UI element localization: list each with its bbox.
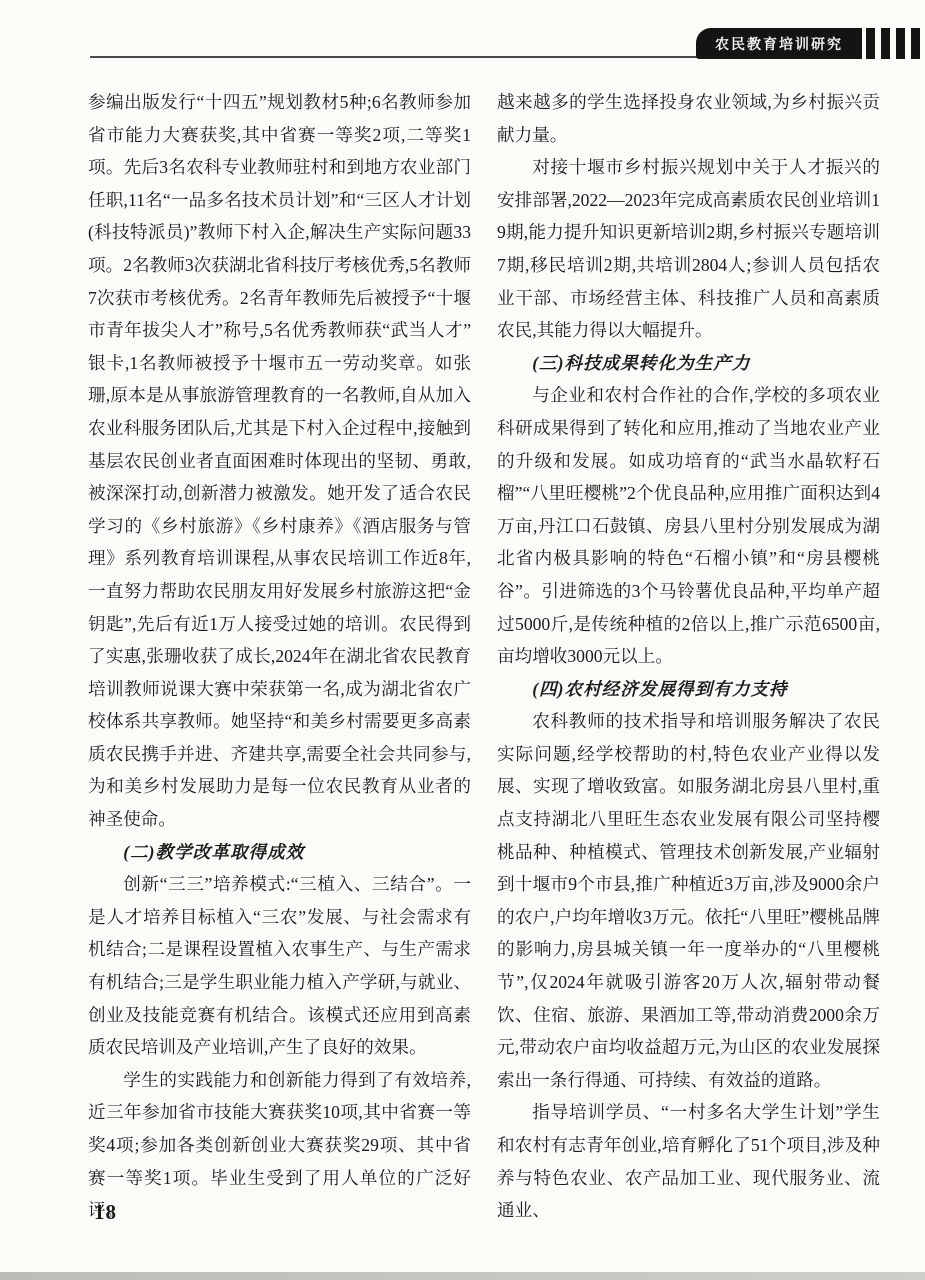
- page-number: 18: [94, 1200, 117, 1225]
- bar-icon: [866, 28, 875, 59]
- journal-page: 农民教育培训研究 参编出版发行“十四五”规划教材5种;6名教师参加省市能力大赛获…: [0, 0, 925, 1280]
- paragraph: 对接十堰市乡村振兴规划中关于人才振兴的安排部署,2022—2023年完成高素质农…: [497, 151, 880, 347]
- bottom-edge-strip: [0, 1272, 925, 1280]
- paragraph: 参编出版发行“十四五”规划教材5种;6名教师参加省市能力大赛获奖,其中省赛一等奖…: [88, 86, 471, 836]
- bar-icon: [911, 28, 920, 59]
- paragraph: 与企业和农村合作社的合作,学校的多项农业科研成果得到了转化和应用,推动了当地农业…: [497, 379, 880, 672]
- paragraph: 指导培训学员、“一村多名大学生计划”学生和农村有志青年创业,培育孵化了51个项目…: [497, 1096, 880, 1226]
- right-column: 越来越多的学生选择投身农业领域,为乡村振兴贡献力量。 对接十堰市乡村振兴规划中关…: [497, 86, 880, 1227]
- header-section-title: 农民教育培训研究: [715, 34, 843, 54]
- section-heading: (二)教学改革取得成效: [88, 836, 471, 869]
- section-heading: (四)农村经济发展得到有力支持: [497, 673, 880, 706]
- left-column: 参编出版发行“十四五”规划教材5种;6名教师参加省市能力大赛获奖,其中省赛一等奖…: [88, 86, 471, 1227]
- paragraph: 越来越多的学生选择投身农业领域,为乡村振兴贡献力量。: [497, 86, 880, 151]
- paragraph: 农科教师的技术指导和培训服务解决了农民实际问题,经学校帮助的村,特色农业产业得以…: [497, 705, 880, 1096]
- bar-icon: [881, 28, 890, 59]
- header-section-banner: 农民教育培训研究: [696, 28, 862, 59]
- header-decorative-bars-icon: [866, 28, 920, 59]
- bar-icon: [896, 28, 905, 59]
- paragraph: 学生的实践能力和创新能力得到了有效培养,近三年参加省市技能大赛获奖10项,其中省…: [88, 1064, 471, 1227]
- paragraph: 创新“三三”培养模式:“三植入、三结合”。一是人才培养目标植入“三农”发展、与社…: [88, 868, 471, 1064]
- section-heading: (三)科技成果转化为生产力: [497, 347, 880, 380]
- header-rule: [90, 56, 698, 58]
